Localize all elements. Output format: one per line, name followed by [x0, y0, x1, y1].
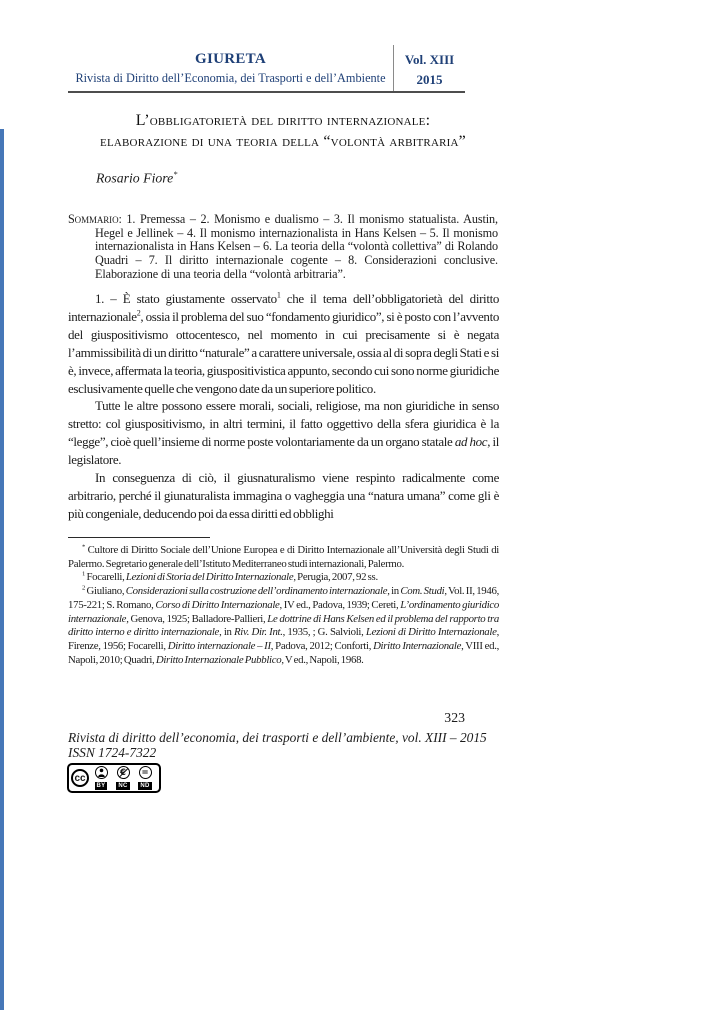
year-label: 2015 — [394, 72, 465, 88]
fn2-italic-run: Corso di Diritto Internazionale — [155, 599, 279, 611]
fn2-run: , 1935, ; G. Salvioli, — [283, 626, 366, 638]
fn2-run: , in — [387, 585, 400, 597]
equals-icon: = — [139, 766, 152, 779]
fn2-italic-run: Diritto Internazionale Pubblico — [156, 654, 281, 666]
fn2-run: , in — [219, 626, 234, 638]
footnote-1: 1 Focarelli, Lezioni di Storia del Dirit… — [68, 571, 499, 585]
cc-icon: cc — [71, 769, 89, 787]
fn2-run: , IV ed., Padova, 1939; Cereti, — [280, 599, 401, 611]
cc-by-column: BY — [91, 766, 111, 790]
fn2-italic-run: Considerazioni sulla costruzione dell’or… — [126, 585, 388, 597]
fn2-run: Giuliano, — [85, 585, 126, 597]
by-label: BY — [95, 782, 108, 790]
cc-nd-column: = ND — [135, 766, 155, 790]
article-title: L’obbligatorietà del diritto internazion… — [68, 111, 498, 152]
person-icon — [95, 766, 108, 779]
fn1-run: Focarelli, — [85, 571, 126, 583]
journal-header-right: Vol. XIII 2015 — [393, 45, 465, 91]
fn2-italic-run: Com. Studi — [400, 585, 444, 597]
body-paragraph-1: 1. – È stato giustamente osservato1 che … — [68, 290, 499, 397]
p2-run: Tutte le altre possono essere morali, so… — [68, 398, 499, 449]
fn2-run: , V ed., Napoli, 1968. — [281, 654, 363, 666]
journal-header-left: GIURETA Rivista di Diritto dell’Economia… — [68, 45, 393, 91]
footnotes-block: * Cultore di Diritto Sociale dell’Unione… — [68, 544, 499, 667]
author-text: Rosario Fiore — [96, 171, 173, 186]
author-footnote-mark: * — [173, 170, 177, 179]
footer-issn-line: ISSN 1724-7322 — [68, 745, 538, 760]
summary-text: 1. Premessa – 2. Monismo e dualismo – 3.… — [95, 212, 498, 280]
footnote-star: * Cultore di Diritto Sociale dell’Unione… — [68, 544, 499, 571]
document-page: GIURETA Rivista di Diritto dell’Economia… — [0, 0, 724, 1024]
page-number: 323 — [68, 710, 465, 726]
footer-journal-line: Rivista di diritto dell’economia, dei tr… — [68, 730, 538, 745]
journal-subtitle: Rivista di Diritto dell’Economia, dei Tr… — [68, 71, 393, 86]
nc-label: NC — [116, 782, 129, 790]
article-title-line2: elaborazione di una teoria della “volont… — [68, 132, 498, 153]
left-accent-bar — [0, 129, 4, 1010]
body-paragraph-2: Tutte le altre possono essere morali, so… — [68, 397, 499, 469]
no-euro-icon: € — [117, 766, 130, 779]
p1-run: 1. – È stato giustamente osservato — [95, 291, 277, 306]
fn2-italic-run: Diritto internazionale – II — [168, 640, 271, 652]
fn2-italic-run: Diritto Internazionale — [373, 640, 461, 652]
article-body: 1. – È stato giustamente osservato1 che … — [68, 290, 499, 523]
fn2-run: , Padova, 2012; Conforti, — [271, 640, 373, 652]
volume-label: Vol. XIII — [394, 52, 465, 68]
journal-header: GIURETA Rivista di Diritto dell’Economia… — [68, 45, 465, 93]
footnote-2: 2 Giuliano, Considerazioni sulla costruz… — [68, 585, 499, 667]
nd-label: ND — [138, 782, 151, 790]
footnote-separator — [68, 537, 210, 538]
body-paragraph-3: In conseguenza di ciò, il giusnaturalism… — [68, 469, 499, 523]
article-title-line1: L’obbligatorietà del diritto internazion… — [68, 111, 498, 132]
cc-nc-column: € NC — [113, 766, 133, 790]
fn1-italic-run: Lezioni di Storia del Diritto Internazio… — [126, 571, 293, 583]
footer-journal-info: Rivista di diritto dell’economia, dei tr… — [68, 730, 538, 761]
fn2-run: , Genova, 1925; Balladore-Pallieri, — [126, 613, 267, 625]
summary-block: Sommario: 1. Premessa – 2. Monismo e dua… — [68, 213, 498, 281]
journal-name: GIURETA — [68, 51, 393, 68]
fn1-run: , Perugia, 2007, 92 ss. — [293, 571, 377, 583]
footnote-star-text: Cultore di Diritto Sociale dell’Unione E… — [68, 544, 499, 570]
fn2-italic-run: Riv. Dir. Int. — [234, 626, 283, 638]
p2-italic-run: ad hoc — [455, 434, 487, 449]
fn2-italic-run: Lezioni di Diritto Internazionale — [366, 626, 497, 638]
summary-label: Sommario: — [68, 212, 122, 226]
cc-license-badge[interactable]: cc BY € NC = ND — [67, 763, 161, 793]
p3-run: In conseguenza di ciò, il giusnaturalism… — [68, 470, 499, 521]
author-name: Rosario Fiore* — [96, 170, 177, 187]
